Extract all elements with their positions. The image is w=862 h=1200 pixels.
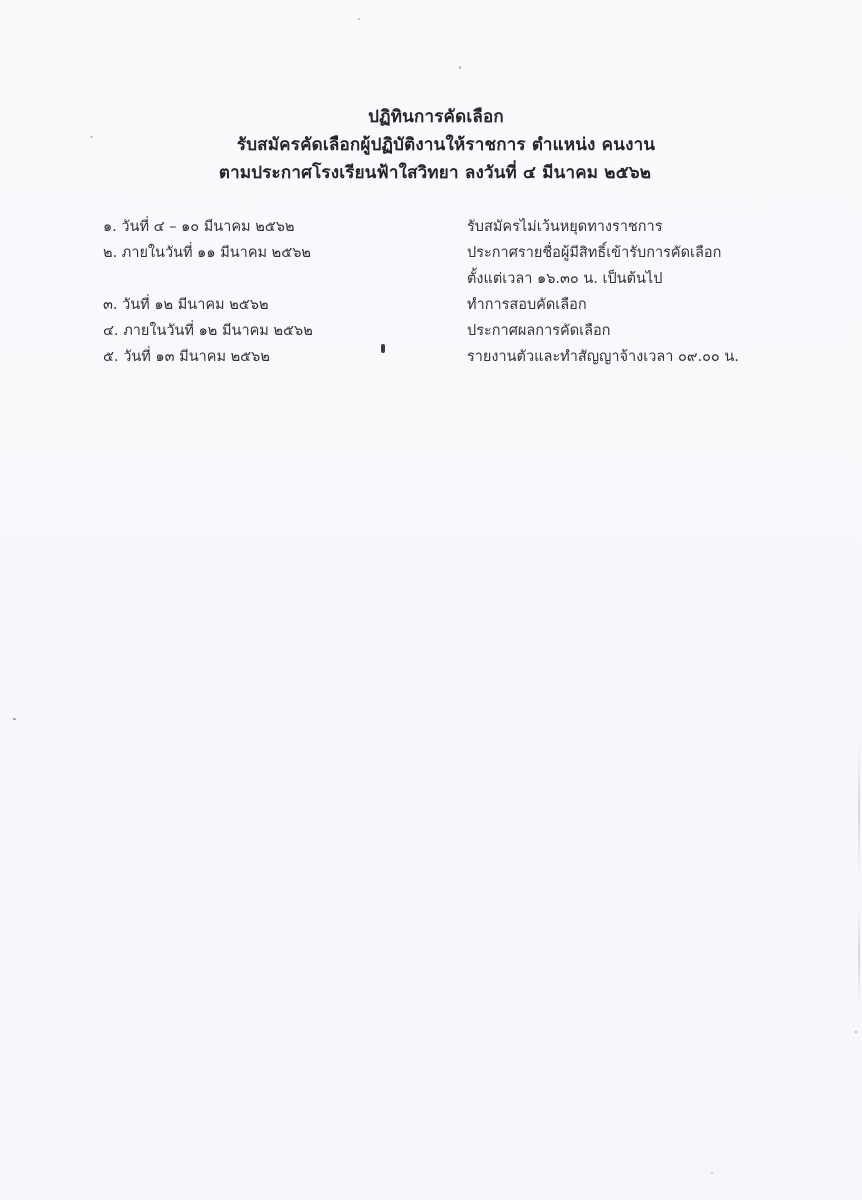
schedule-date: ๑. วันที่ ๔ – ๑๐ มีนาคม ๒๕๖๒ <box>103 214 295 240</box>
schedule-item: ๒. ภายในวันที่ ๑๑ มีนาคม ๒๕๖๒ ประกาศรายช… <box>103 240 783 292</box>
document-title: ปฏิทินการคัดเลือก รับสมัครคัดเลือกผู้ปฏิ… <box>0 103 862 187</box>
schedule-list: ๑. วันที่ ๔ – ๑๐ มีนาคม ๒๕๖๒ รับสมัครไม่… <box>103 214 783 370</box>
scan-edge-shadow <box>858 905 860 1005</box>
schedule-description: ทำการสอบคัดเลือก <box>467 292 783 318</box>
schedule-item: ๓. วันที่ ๑๒ มีนาคม ๒๕๖๒ ทำการสอบคัดเลือ… <box>103 292 783 318</box>
schedule-date: ๔. ภายในวันที่ ๑๒ มีนาคม ๒๕๖๒ <box>103 318 313 344</box>
schedule-item: ๕. วันที่ ๑๓ มีนาคม ๒๕๖๒ รายงานตัวและทำส… <box>103 344 783 370</box>
scan-speck <box>855 1031 857 1033</box>
schedule-description-continued: ตั้งแต่เวลา ๑๖.๓๐ น. เป็นต้นไป <box>467 266 783 292</box>
schedule-date: ๓. วันที่ ๑๒ มีนาคม ๒๕๖๒ <box>103 292 269 318</box>
schedule-description: รายงานตัวและทำสัญญาจ้างเวลา ๐๙.๐๐ น. <box>467 344 783 370</box>
scan-speck <box>711 1172 713 1174</box>
schedule-description: ประกาศรายชื่อผู้มีสิทธิ์เข้ารับการคัดเลื… <box>467 240 783 266</box>
schedule-description: ประกาศผลการคัดเลือก <box>467 318 783 344</box>
scan-speck <box>13 718 16 720</box>
scan-speck <box>381 344 385 353</box>
schedule-item: ๔. ภายในวันที่ ๑๒ มีนาคม ๒๕๖๒ ประกาศผลกา… <box>103 318 783 344</box>
title-announcement-reference: ตามประกาศโรงเรียนฟ้าใสวิทยา ลงวันที่ ๔ ม… <box>0 159 862 187</box>
schedule-item: ๑. วันที่ ๔ – ๑๐ มีนาคม ๒๕๖๒ รับสมัครไม่… <box>103 214 783 240</box>
title-subheading: รับสมัครคัดเลือกผู้ปฏิบัติงานให้ราชการ ต… <box>0 131 862 159</box>
scan-speck <box>358 18 360 20</box>
title-heading: ปฏิทินการคัดเลือก <box>0 103 862 131</box>
schedule-date: ๕. วันที่ ๑๓ มีนาคม ๒๕๖๒ <box>103 344 270 370</box>
schedule-date: ๒. ภายในวันที่ ๑๑ มีนาคม ๒๕๖๒ <box>103 240 311 266</box>
scan-speck <box>459 66 461 69</box>
scan-edge-shadow <box>858 740 860 880</box>
schedule-description: รับสมัครไม่เว้นหยุดทางราชการ <box>467 214 783 240</box>
scan-speck <box>90 136 93 138</box>
scanned-page: ปฏิทินการคัดเลือก รับสมัครคัดเลือกผู้ปฏิ… <box>0 0 862 1200</box>
